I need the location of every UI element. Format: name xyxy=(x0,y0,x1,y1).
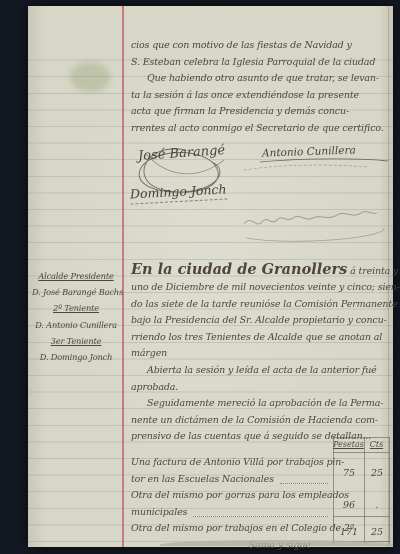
text-line: bajo la Presidencia del Sr. Alcalde prop… xyxy=(131,313,400,330)
margin-role: 3er Teniente xyxy=(32,333,120,349)
text-line: cios que con motivo de las fiestas de Na… xyxy=(131,38,384,55)
text-line: Que habiendo otro asunto de que tratar, … xyxy=(131,71,384,88)
sum-cts: 25 xyxy=(364,527,390,538)
amount-cts: . xyxy=(364,500,390,511)
margin-name: D. Antonio Cunillera xyxy=(32,317,120,333)
text-line: nente un dictámen de la Comisión de Haci… xyxy=(131,413,400,430)
text-line: S. Esteban celebra la Iglesia Parroquial… xyxy=(131,55,384,72)
scanned-manuscript-page: cios que con motivo de las fiestas de Na… xyxy=(0,0,400,554)
underlying-page-edge xyxy=(160,540,393,546)
account-row-text: Otra del mismo por trabajos en el Colegi… xyxy=(131,521,331,538)
margin-role: 2º Teniente xyxy=(32,300,120,316)
table-header-topline xyxy=(333,437,389,438)
account-row-text: municipales xyxy=(131,505,187,521)
cts-column-header: Cts xyxy=(364,440,389,449)
dotted-leader xyxy=(193,516,328,517)
secretary-signature-rubric xyxy=(236,208,392,248)
margin-attendees: Alcalde Presidente D. José Barangé Bachs… xyxy=(32,268,120,365)
text-line: ta la sesión á las once extendiéndose la… xyxy=(131,88,384,105)
text-line: rrentes al acto conmigo el Secretario de… xyxy=(131,121,384,138)
account-row-text: Una factura de Antonio Villá por trabajo… xyxy=(131,455,331,472)
dotted-leader xyxy=(280,483,328,484)
table-header-underline xyxy=(333,452,389,453)
amount-pesetas: 96 xyxy=(336,500,362,511)
table-sum-topline xyxy=(333,516,389,517)
sum-pesetas: 171 xyxy=(336,527,362,538)
red-margin-rule xyxy=(122,6,124,547)
continuation-paragraph: cios que con motivo de las fiestas de Na… xyxy=(131,38,384,138)
text-line: do las siete de la tarde reunióse la Com… xyxy=(131,297,400,314)
text-line: márgen xyxy=(131,346,400,363)
amount-pesetas: 75 xyxy=(336,468,362,479)
cunillera-signature-flourish xyxy=(242,156,392,172)
text-line: Seguidamente mereció la aprobación de la… xyxy=(131,396,400,413)
account-row-text: municipales xyxy=(131,505,331,522)
amount-cts: 25 xyxy=(364,468,390,479)
text-line: uno de Diciembre de mil novecientos vein… xyxy=(131,280,400,297)
text-line: aprobada. xyxy=(131,380,400,397)
account-row-text: tor en las Escuelas Nacionales xyxy=(131,472,331,489)
margin-name: D. José Barangé Bachs xyxy=(32,284,120,300)
margin-name: D. Domingo Jonch xyxy=(32,349,120,365)
text-line: acta que firman la Presidencia y demás c… xyxy=(131,104,384,121)
text-line: rriendo los tres Tenientes de Alcalde qu… xyxy=(131,330,400,347)
account-row-text: Otra del mismo por gorras para los emple… xyxy=(131,488,331,505)
archive-stamp-smudge xyxy=(70,62,110,92)
opening-line: En la ciudad de Granollers á treinta y xyxy=(131,262,400,280)
opening-phrase: En la ciudad de Granollers xyxy=(131,261,347,278)
session-paragraph: En la ciudad de Granollers á treinta y u… xyxy=(131,262,400,446)
text-line: Abierta la sesión y leída el acta de la … xyxy=(131,363,400,380)
opening-rest: á treinta y xyxy=(347,266,398,277)
pesetas-column-header: Pesetas xyxy=(333,440,364,449)
margin-title: Alcalde Presidente xyxy=(32,268,120,284)
account-row-text: tor en las Escuelas Nacionales xyxy=(131,472,274,488)
